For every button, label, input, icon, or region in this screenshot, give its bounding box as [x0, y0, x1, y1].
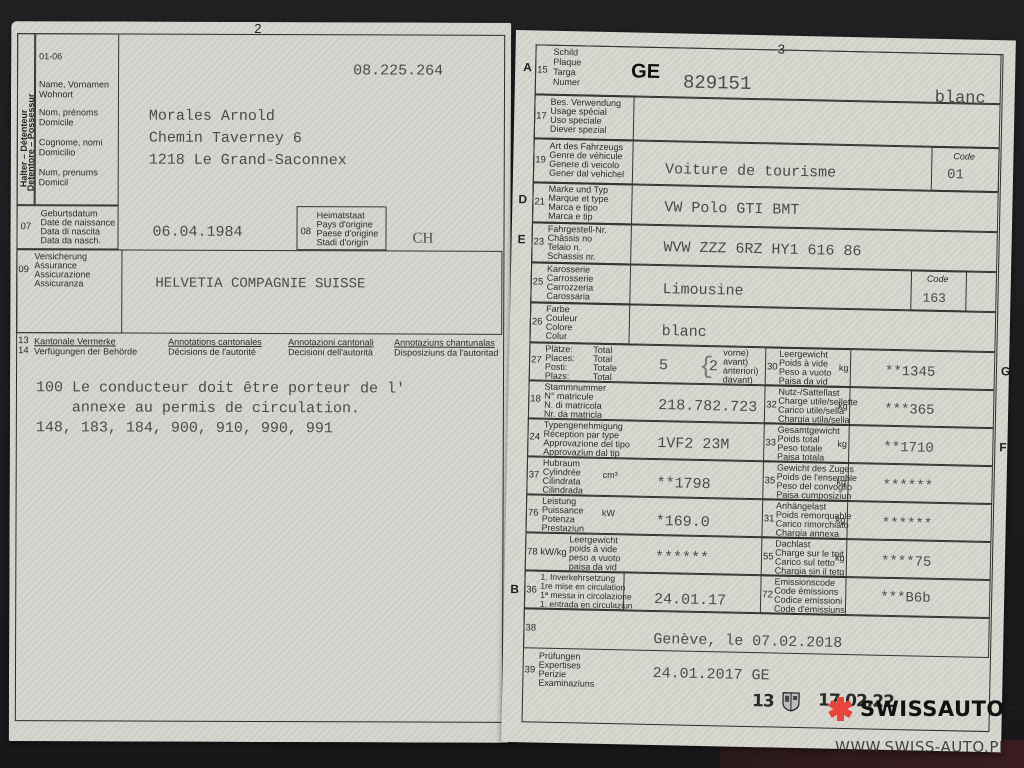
emission-code-code: 72	[762, 589, 773, 600]
birth-date: 06.04.1984	[152, 224, 242, 241]
stamp-number: 13	[752, 691, 774, 711]
annotation-header: Annotations cantonales	[168, 337, 262, 347]
side-marker-f: F	[999, 440, 1007, 454]
matricule-value: 218.782.723	[658, 397, 757, 416]
origin-code: 08	[301, 226, 312, 237]
unit-label: kg	[835, 553, 845, 563]
side-marker-g: G	[1001, 364, 1011, 378]
insurance-value: HELVETIA COMPAGNIE SUISSE	[155, 276, 365, 293]
side-marker-d: D	[518, 192, 527, 206]
holder-label: Domicil	[39, 177, 69, 187]
holder-label: Wohnort	[39, 89, 73, 99]
displacement-code: 37	[529, 469, 540, 480]
unit-label: kg	[837, 477, 847, 487]
holder-number: 08.225.264	[353, 62, 443, 79]
side-marker-b: B	[510, 582, 519, 596]
body-value: Limousine	[662, 281, 743, 300]
unit-label: kg	[838, 401, 848, 411]
holder-label: Domicile	[39, 117, 74, 127]
vehicle-type-code: 19	[535, 154, 546, 165]
code-label: Code	[927, 274, 949, 284]
total-weight-value: **1710	[883, 440, 934, 457]
inspections-label: Examinaziuns	[538, 678, 594, 689]
swissauto-logo: SWISSAUTO ™	[828, 697, 1016, 721]
registration-page-left: 2 C Halter – Détenteur Detentore – Posse…	[9, 21, 512, 743]
empty-weight-code: 30	[767, 361, 778, 372]
unit-label: cm³	[603, 470, 618, 480]
make-value: VW Polo GTI BMT	[664, 199, 799, 219]
holder-label: Num, prenums	[39, 167, 98, 177]
annotation-header: Annotazioni cantonali	[288, 337, 374, 347]
body-code: 25	[533, 276, 544, 287]
insurance-label: Assicuranza	[34, 278, 83, 288]
unit-label: kg	[836, 515, 846, 525]
body-code-value: 163	[922, 291, 946, 306]
payload-value: ***365	[884, 402, 935, 419]
issue-code: 38	[525, 622, 536, 633]
type-approval-code: 24	[529, 431, 540, 442]
trademark: ™	[1007, 704, 1016, 714]
type-approval-value: 1VF2 23M	[657, 435, 729, 454]
body-label: Carossaria	[546, 291, 590, 302]
total-weight-code: 33	[765, 437, 776, 448]
vehicle-type-value: Voiture de tourisme	[665, 161, 836, 182]
inspections-value: 24.01.2017 GE	[652, 665, 769, 684]
holder-street: Chemin Taverney 6	[149, 130, 302, 148]
annotation-line: 100 Le conducteur doit être porteur de l…	[36, 379, 405, 397]
annotation-header: Decisioni dell'autorità	[288, 347, 373, 357]
watermark-url: WWW.SWISS-AUTO.PL	[835, 738, 1008, 756]
annotation-header: Kantonale Vermerke	[34, 336, 116, 346]
holder-label: Nom, prénoms	[39, 107, 98, 117]
trailer-load-code: 31	[764, 513, 775, 524]
roof-load-value: ****75	[881, 554, 932, 571]
code-label: Code	[953, 151, 975, 161]
seats-code: 27	[531, 354, 542, 365]
seats-front-label: davant)	[723, 374, 753, 385]
roof-load-code: 55	[763, 551, 774, 562]
power-ratio-code: 78 kW/kg	[527, 546, 567, 558]
annotation-header: Verfügungen der Behörde	[34, 346, 137, 356]
emission-code-value: ***B6b	[880, 590, 931, 607]
payload-code: 32	[766, 399, 777, 410]
power-value: *169.0	[656, 513, 710, 531]
vehicle-type-label: Gener dal vehichel	[549, 168, 624, 180]
seats-total: 5	[659, 357, 668, 374]
power-ratio-value: ******	[655, 549, 709, 567]
side-marker-e: E	[517, 232, 525, 246]
seats-front: 2	[709, 358, 718, 375]
seats-label: Plazs:	[545, 371, 570, 382]
inspections-code: 39	[524, 664, 535, 675]
annotation-header: Annotaziuns chantunalas	[394, 337, 495, 347]
displacement-value: **1798	[656, 475, 710, 493]
chassis-label: Schassis nr.	[547, 251, 596, 262]
birth-label: Data da nasch.	[40, 235, 101, 245]
special-use-label: Diever spezial	[550, 124, 607, 135]
first-registration-value: 24.01.17	[654, 591, 726, 610]
brand-name: SWISSAUTO	[860, 697, 1005, 721]
birth-code: 07	[21, 221, 32, 232]
vehicle-type-code-value: 01	[947, 167, 964, 183]
make-label: Marca e tip	[548, 211, 593, 222]
holder-label: Name, Vornamen	[39, 79, 109, 89]
chassis-code: 23	[533, 236, 544, 247]
special-use-code: 17	[536, 110, 547, 121]
annotation-line: 148, 183, 184, 900, 910, 990, 991	[36, 419, 333, 437]
holder-field-code: 01-06	[39, 51, 62, 61]
holder-label: Cognome, nomi	[39, 137, 103, 147]
first-registration-code: 36	[526, 584, 537, 595]
matricule-code: 18	[530, 393, 541, 404]
origin-label: Stadi d'origin	[316, 237, 368, 247]
annotation-header: Disposiziuns da l'autoritad	[394, 347, 498, 357]
annotation-line: annexe au permis de circulation.	[36, 399, 360, 417]
color-code: 26	[532, 316, 543, 327]
power-code: 76	[528, 507, 539, 518]
train-weight-value: ******	[882, 478, 933, 495]
holder-city: 1218 Le Grand-Saconnex	[149, 152, 347, 170]
annotation-header: Décisions de l'autorité	[168, 347, 256, 357]
annotation-code-14: 14	[18, 345, 29, 356]
origin-value: CH	[412, 231, 433, 248]
unit-label: kg	[837, 439, 847, 449]
unit-label: kW	[602, 508, 615, 518]
side-marker-a: A	[523, 60, 532, 74]
seats-total-label: Total	[593, 372, 612, 382]
holder-name: Morales Arnold	[149, 108, 275, 125]
unit-label: kg	[839, 363, 849, 373]
empty-weight-value: **1345	[885, 364, 936, 381]
trailer-load-value: ******	[882, 516, 933, 533]
color-label: Colur	[545, 331, 567, 341]
canton-shield-icon	[782, 692, 800, 712]
registration-page-right: 3 A 15 Schild Plaque Targa Numer GE 8291…	[501, 30, 1016, 752]
holder-label: Domicilio	[39, 147, 76, 157]
train-weight-code: 35	[764, 475, 775, 486]
insurance-code: 09	[18, 264, 29, 275]
side-marker-c: C	[3, 127, 12, 141]
make-code: 21	[534, 196, 545, 207]
swiss-cross-icon	[828, 697, 852, 721]
color-value: blanc	[662, 323, 707, 341]
